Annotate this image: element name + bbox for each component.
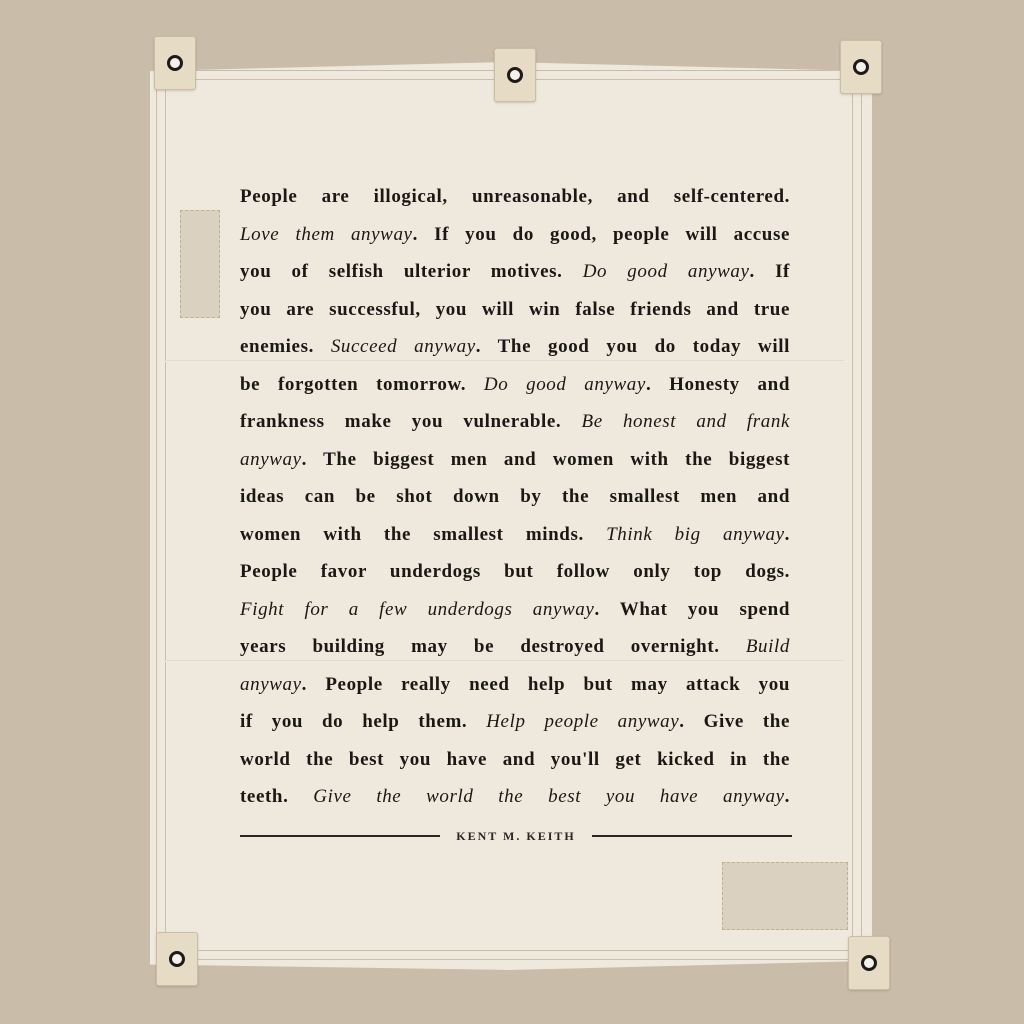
quote-line: ideas can be shot down by the smallest m…: [240, 478, 790, 516]
quote-line: enemies. Succeed anyway. The good you do…: [240, 328, 790, 366]
hem-left: [156, 82, 166, 948]
quote-segment: People favor underdogs but follow only t…: [240, 561, 790, 582]
quote-emphasis: Love them anyway: [240, 224, 413, 245]
quote-line: People favor underdogs but follow only t…: [240, 553, 790, 591]
grommet-tab-top-left: [154, 36, 196, 90]
quote-segment: ideas can be shot down by the smallest m…: [240, 486, 790, 507]
quote-segment: People are illogical, unreasonable, and …: [240, 186, 790, 207]
quote-emphasis: Help people anyway: [486, 711, 679, 732]
quote-emphasis: Succeed anyway: [331, 336, 476, 357]
quote-segment: be forgotten tomorrow.: [240, 374, 484, 395]
quote-emphasis: Be honest and frank: [581, 411, 790, 432]
quote-line: years building may be destroyed overnigh…: [240, 628, 790, 666]
quote-segment: you of selfish ulterior motives.: [240, 261, 583, 282]
grommet-icon: [853, 59, 869, 75]
grommet-icon: [167, 55, 183, 71]
quote-line: teeth. Give the world the best you have …: [240, 778, 790, 816]
quote-segment: frankness make you vulnerable.: [240, 411, 581, 432]
quote-line: anyway. The biggest men and women with t…: [240, 441, 790, 479]
quote-segment: enemies.: [240, 336, 331, 357]
quote-line: women with the smallest minds. Think big…: [240, 516, 790, 554]
quote-emphasis: Do good anyway: [583, 261, 750, 282]
quote-line: you of selfish ulterior motives. Do good…: [240, 253, 790, 291]
quote-line: People are illogical, unreasonable, and …: [240, 178, 790, 216]
quote-segment: if you do help them.: [240, 711, 486, 732]
grommet-tab-bottom-left: [156, 932, 198, 986]
grommet-icon: [507, 67, 523, 83]
hem-right: [852, 82, 862, 948]
quote-emphasis: anyway: [240, 449, 302, 470]
tape-patch-left: [180, 210, 220, 318]
signature-rule-left: [240, 835, 440, 837]
quote-segment: . Give the: [679, 711, 790, 732]
quote-segment: .: [785, 786, 790, 807]
quote-line: frankness make you vulnerable. Be honest…: [240, 403, 790, 441]
signature-rule-right: [592, 835, 792, 837]
grommet-tab-top-center: [494, 48, 536, 102]
quote-segment: women with the smallest minds.: [240, 524, 606, 545]
grommet-icon: [169, 951, 185, 967]
quote-line: anyway. People really need help but may …: [240, 666, 790, 704]
grommet-tab-top-right: [840, 40, 882, 94]
quote-segment: . What you spend: [594, 599, 790, 620]
quote-line: Love them anyway. If you do good, people…: [240, 216, 790, 254]
quote-segment: teeth.: [240, 786, 313, 807]
quote-emphasis: Give the world the best you have anyway: [313, 786, 784, 807]
grommet-tab-bottom-right: [848, 936, 890, 990]
hem-bottom: [170, 950, 854, 960]
quote-segment: world the best you have and you'll get k…: [240, 749, 790, 770]
quote-emphasis: Build: [746, 636, 790, 657]
quote-line: be forgotten tomorrow. Do good anyway. H…: [240, 366, 790, 404]
grommet-icon: [861, 955, 877, 971]
quote-emphasis: Do good anyway: [484, 374, 646, 395]
quote-segment: . The biggest men and women with the big…: [302, 449, 790, 470]
quote-text: People are illogical, unreasonable, and …: [240, 178, 790, 816]
quote-segment: . Honesty and: [646, 374, 790, 395]
quote-line: you are successful, you will win false f…: [240, 291, 790, 329]
quote-emphasis: anyway: [240, 674, 302, 695]
author-name: KENT M. KEITH: [440, 829, 591, 844]
quote-segment: . If you do good, people will accuse: [413, 224, 790, 245]
quote-segment: you are successful, you will win false f…: [240, 299, 790, 320]
quote-line: world the best you have and you'll get k…: [240, 741, 790, 779]
quote-segment: years building may be destroyed overnigh…: [240, 636, 746, 657]
quote-emphasis: Think big anyway: [606, 524, 785, 545]
quote-line: Fight for a few underdogs anyway. What y…: [240, 591, 790, 629]
quote-line: if you do help them. Help people anyway.…: [240, 703, 790, 741]
quote-emphasis: Fight for a few underdogs anyway: [240, 599, 594, 620]
quote-segment: . If: [750, 261, 790, 282]
signature: KENT M. KEITH: [240, 826, 792, 846]
quote-segment: .: [785, 524, 790, 545]
quote-segment: . People really need help but may attack…: [302, 674, 790, 695]
tape-patch-bottom-right: [722, 862, 848, 930]
quote-segment: . The good you do today will: [476, 336, 790, 357]
